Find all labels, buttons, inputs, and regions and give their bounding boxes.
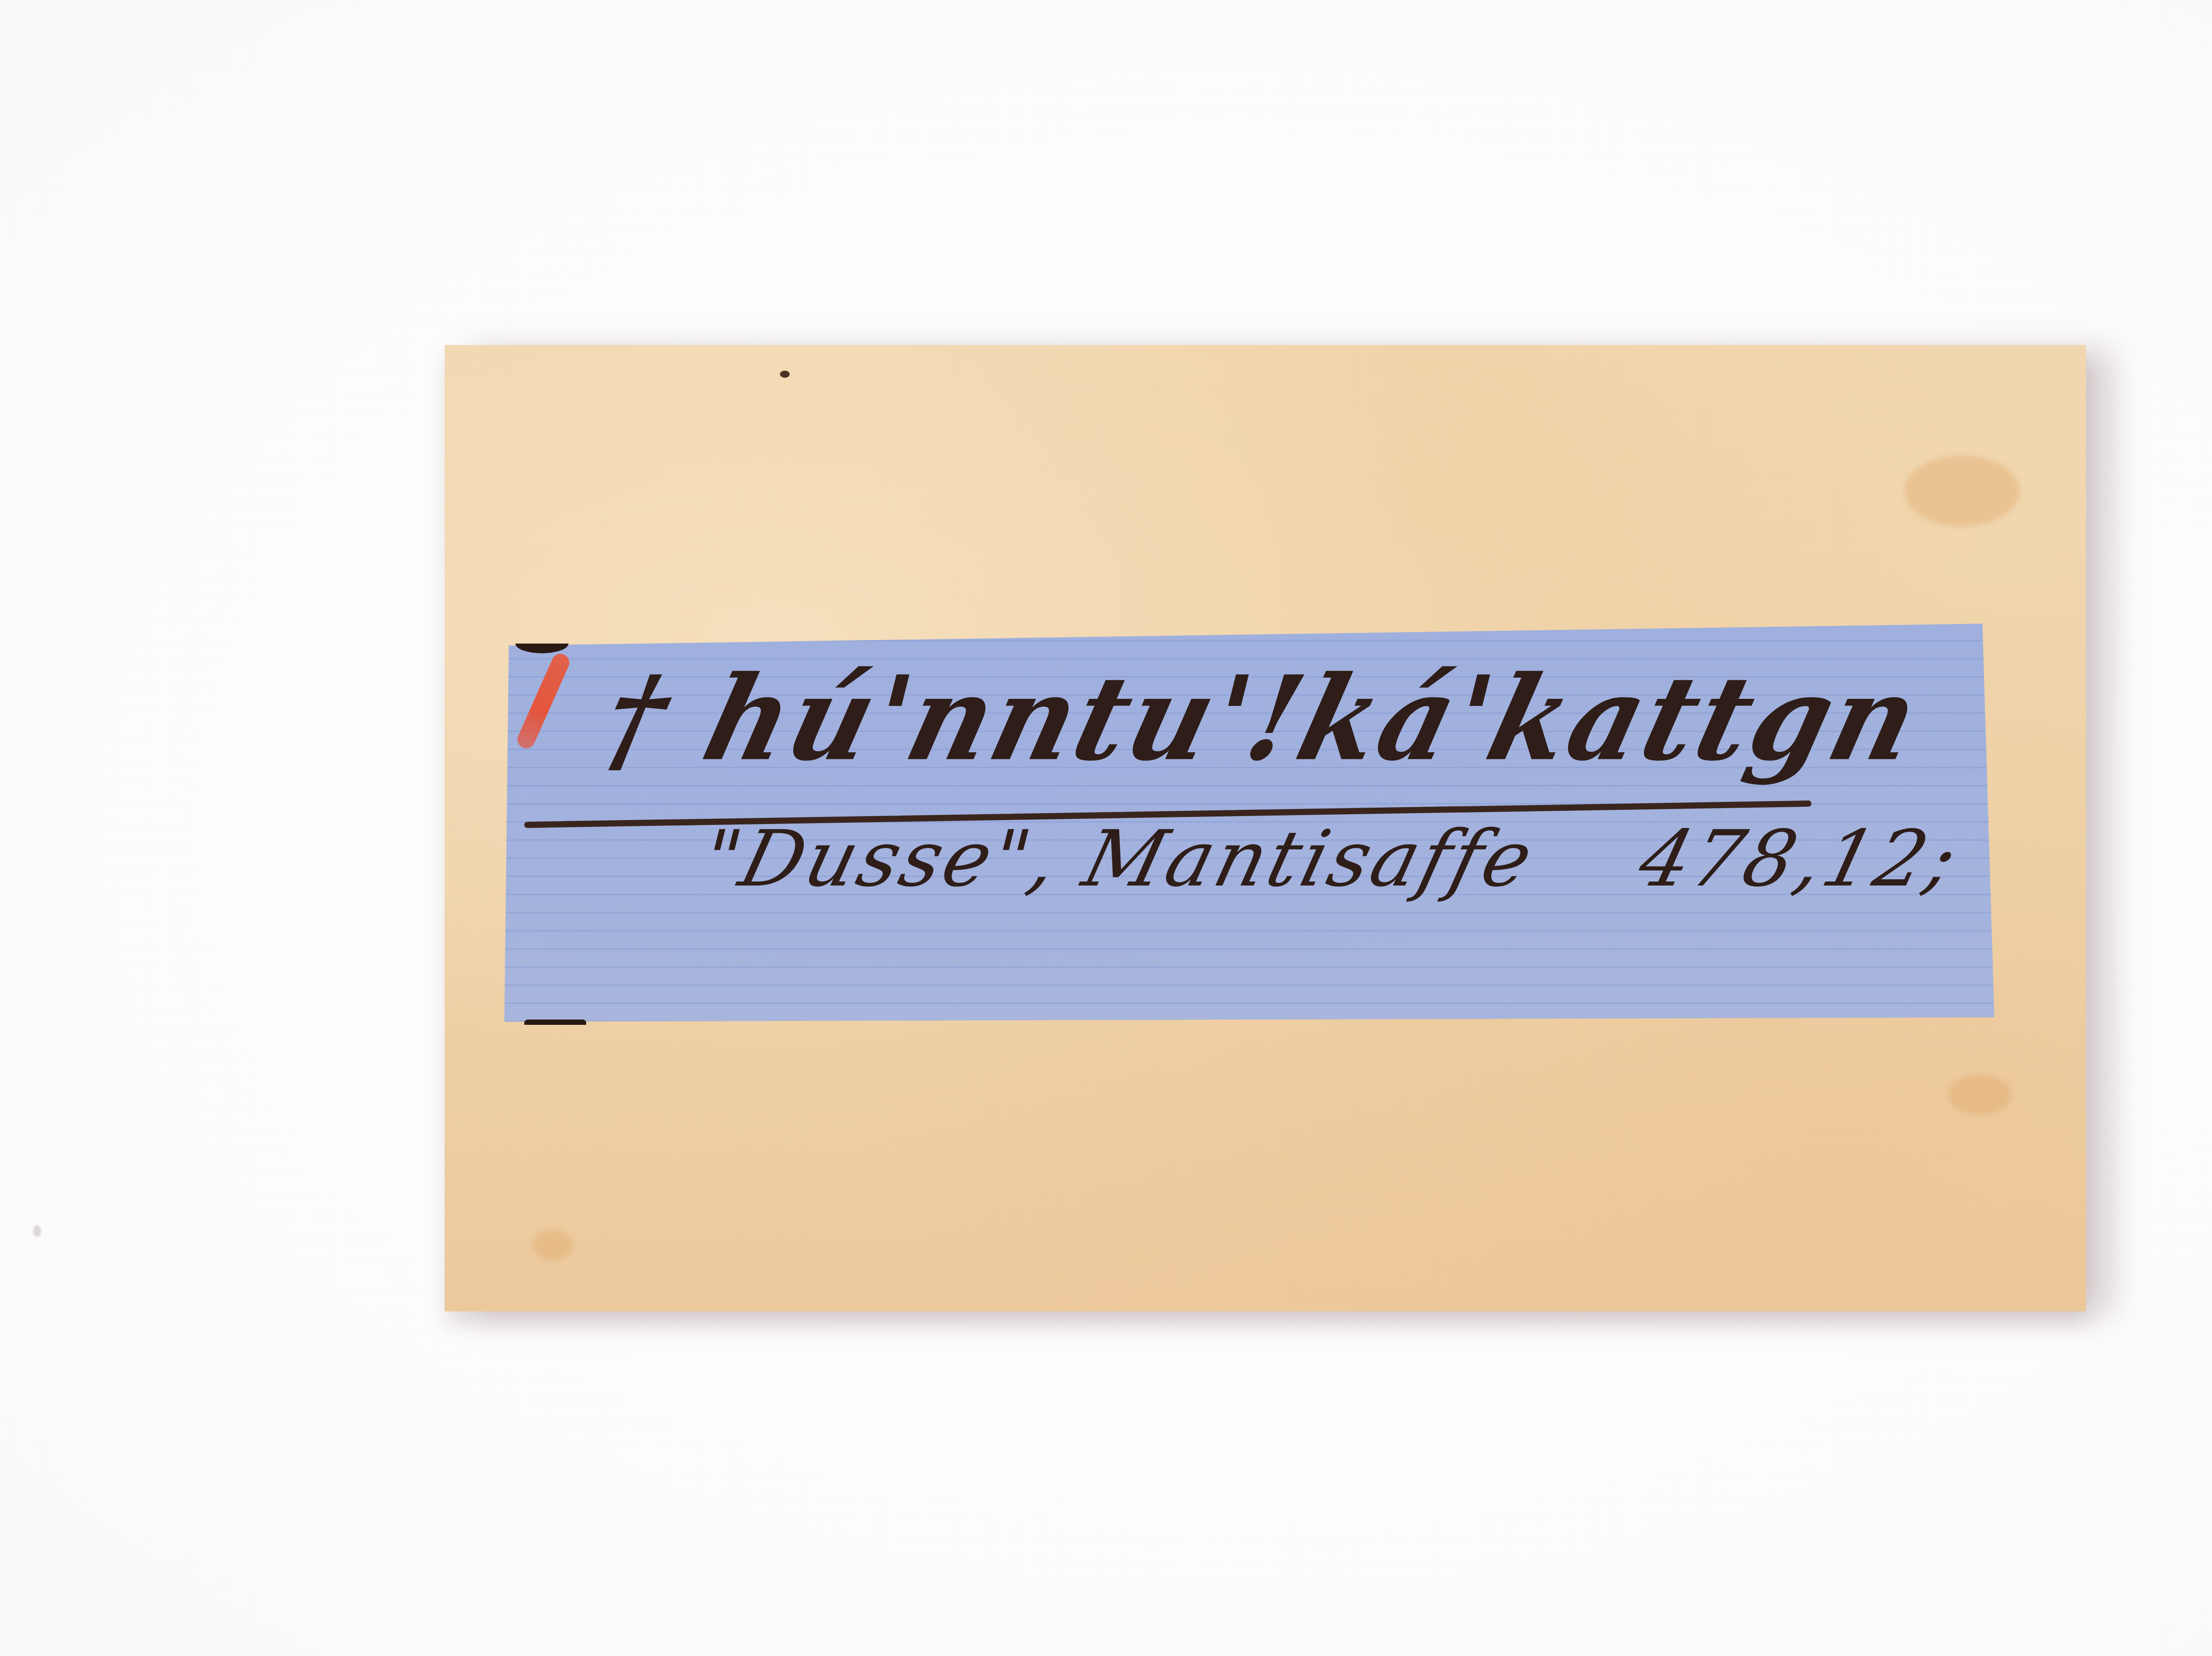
entry-reference: 478,12; [1630,814,1968,904]
ink-mark-bottom-edge [524,1020,586,1025]
entry-headword: hú'nntu'!ká'kattgn [692,650,1934,786]
card-foxing-stain [1905,456,2020,526]
card-foxing-stain [533,1230,573,1261]
card-ink-spot [780,371,790,378]
entry-gloss: "Dusse", Mantisaffe [693,814,1544,904]
background-speck [33,1225,41,1237]
entry-headword-line: † hú'nntu'!ká'kattgn [593,660,1931,777]
card-foxing-stain [1949,1075,2011,1115]
entry-gloss-line: "Dusse", Mantisaffe 478,12; [695,820,1967,898]
